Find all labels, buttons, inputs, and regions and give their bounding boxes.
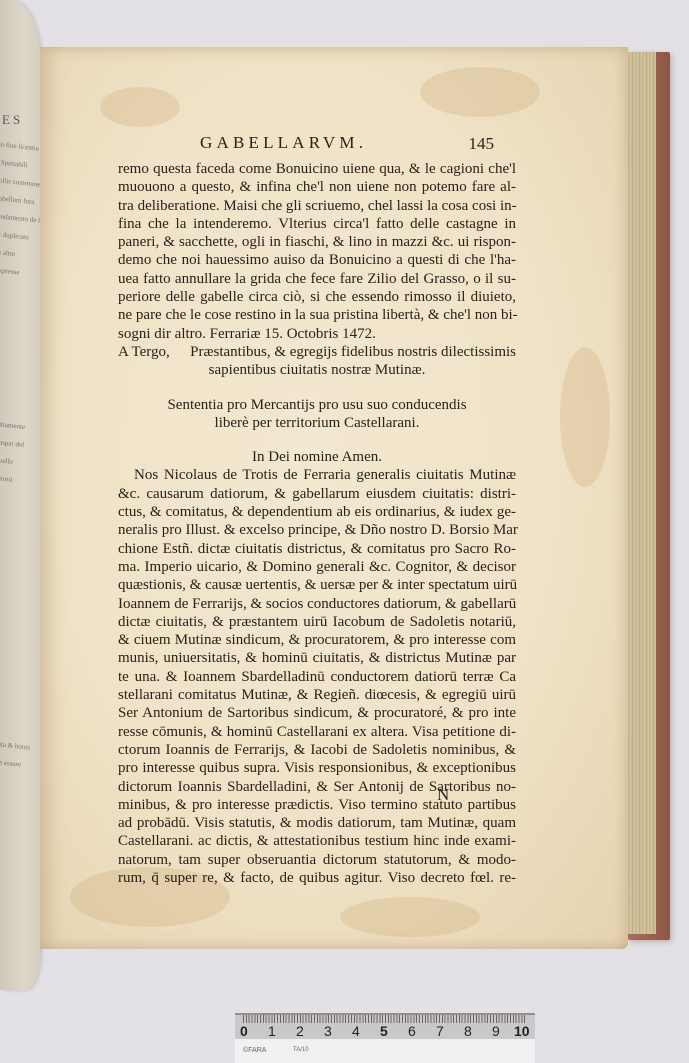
text-line: stellarani comitatus Mutinæ, & Regieñ. d… — [118, 686, 516, 704]
a-tergo-address: Præstantibus, & egregijs fidelibus nostr… — [190, 343, 516, 361]
text-line: minibus, & pro interesse prædictis. Viso… — [118, 796, 516, 814]
text-line: ad probādū. Visis statutis, & modis dati… — [118, 814, 516, 832]
ruler-number: 7 — [436, 1023, 444, 1039]
text-line: te una. & Ioannem Sbardelladinū conducto… — [118, 668, 516, 686]
text-line: rum, q̄ super re, & facto, de quibus agi… — [118, 869, 516, 887]
text-line: ma. Imperio uicario, & Domino generali &… — [118, 558, 516, 576]
a-tergo-label: A Tergo, — [118, 343, 170, 361]
text-line: uea fatto annullare la grida che fece fa… — [118, 270, 516, 288]
text-line: resse cōmunis, & hominū Castellarani ex … — [118, 723, 516, 741]
text-line: Ioannem de Ferrarijs, & socios conductor… — [118, 595, 516, 613]
bleed-line: dittamente — [0, 420, 40, 434]
ruler-number: 5 — [380, 1023, 388, 1039]
ruler-brand: ©FARA — [243, 1047, 266, 1054]
ruler-number: 3 — [324, 1023, 332, 1039]
text-line: muouono a questo, & infina che'l non uie… — [118, 178, 516, 196]
ruler-ticks — [243, 1015, 527, 1023]
text-line: remo questa faceda come Bonuicino uiene … — [118, 160, 516, 178]
ruler-number: 6 — [408, 1023, 416, 1039]
text-line: demo che noi hauessimo auiso da Bonuicin… — [118, 251, 516, 269]
bleed-line: expresse — [0, 266, 40, 280]
ruler-number: 8 — [464, 1023, 472, 1039]
page-number: 145 — [469, 134, 495, 154]
text-line: Nos Nicolaus de Trotis de Ferraria gener… — [118, 466, 516, 484]
bleed-line: puello — [0, 456, 40, 470]
body-text: remo questa faceda come Bonuicino uiene … — [118, 160, 516, 887]
a-tergo-address-2: sapientibus ciuitatis nostræ Mutinæ. — [118, 361, 516, 379]
text-line: munis, uniuersitatis, & hominū ciuitatis… — [118, 649, 516, 667]
text-line: Castellarani. ac dictis, & attestationib… — [118, 832, 516, 850]
text-line: ne pare che le cose restino in la sua pr… — [118, 306, 516, 324]
text-line: natorum, tam super obseruantia dictorum … — [118, 851, 516, 869]
scale-ruler: 0 1 2 3 4 5 6 7 8 9 10 ©FARA TA/10 — [235, 1013, 535, 1063]
text-line: fina che la intenderemo. Vlterius circa'… — [118, 215, 516, 233]
ruler-scale: 0 1 2 3 4 5 6 7 8 9 10 — [235, 1015, 535, 1039]
page-header: GABELLARVM. 145 — [200, 133, 500, 153]
ruler-number: 10 — [514, 1023, 530, 1039]
running-head: GABELLARVM. — [200, 133, 367, 153]
ruler-number: 4 — [352, 1023, 360, 1039]
facing-left-page: ES ten fine licentia n Spettabili pollis… — [0, 0, 40, 990]
text-line: paneri, & sacchette, ogli in fiaschi, & … — [118, 233, 516, 251]
signature-mark: N — [437, 785, 449, 805]
bleed-line: tendamento de lo — [0, 212, 40, 226]
text-line: neralis pro Illust. & excelso principe, … — [118, 521, 516, 539]
bleed-line: giorni — [0, 474, 40, 488]
text-line: pro interesse quibus supra. Visis respon… — [118, 759, 516, 777]
bleed-line: in altre — [0, 248, 40, 262]
ruler-model: TA/10 — [293, 1047, 309, 1053]
invocation: In Dei nomine Amen. — [118, 448, 516, 466]
text-line: ctorum Ioannis de Ferrarijs, & Iacobi de… — [118, 741, 516, 759]
text-line: Ser Antonium de Sartoribus sindicum, & p… — [118, 704, 516, 722]
bleed-line: de essere — [0, 758, 40, 772]
section-heading-2: liberè per territorium Castellarani. — [118, 414, 516, 432]
text-line: periore delle gabelle circa ciò, si che … — [118, 288, 516, 306]
a-tergo-line: A Tergo, Præstantibus, & egregijs fideli… — [118, 343, 516, 361]
section-heading-1: Sententia pro Mercantijs pro usu suo con… — [118, 396, 516, 414]
text-line: tra deliberatione. Maisi che gli scriuem… — [118, 197, 516, 215]
text-line: &c. causarum datiorum, & gabellarum eius… — [118, 485, 516, 503]
ruler-number: 2 — [296, 1023, 304, 1039]
ruler-number: 0 — [240, 1023, 248, 1039]
date-line: sogni dir altro. Ferrariæ 15. Octobris 1… — [118, 325, 516, 343]
bleed-line: pollis commune — [0, 176, 40, 190]
text-line: & ciuem Mutinæ sindicum, & procuratorem,… — [118, 631, 516, 649]
bleed-line: dita & bonis — [0, 740, 40, 754]
text-line: chione Estñ. dictæ ciuitatis districtus,… — [118, 540, 516, 558]
left-running-head-fragment: ES — [2, 112, 23, 128]
bleed-line: gaspar del — [0, 438, 40, 452]
text-line: ctus, & comitatus, & dependentium ab eis… — [118, 503, 516, 521]
text-line: dictæ ciuitatis, & præstantem uirū Iacob… — [118, 613, 516, 631]
bleed-line: n Spettabili — [0, 158, 40, 172]
text-line: quæstionis, & causæ uertentis, & uersæ p… — [118, 576, 516, 594]
bleed-line: ten fine licentia — [0, 140, 40, 154]
bleed-line: gabellum fora — [0, 194, 40, 208]
bleed-line: & duplicato — [0, 230, 40, 244]
ruler-number: 1 — [268, 1023, 276, 1039]
ruler-number: 9 — [492, 1023, 500, 1039]
text-line: dictorum Ioannis Sbardelladini, & Ser An… — [118, 778, 516, 796]
